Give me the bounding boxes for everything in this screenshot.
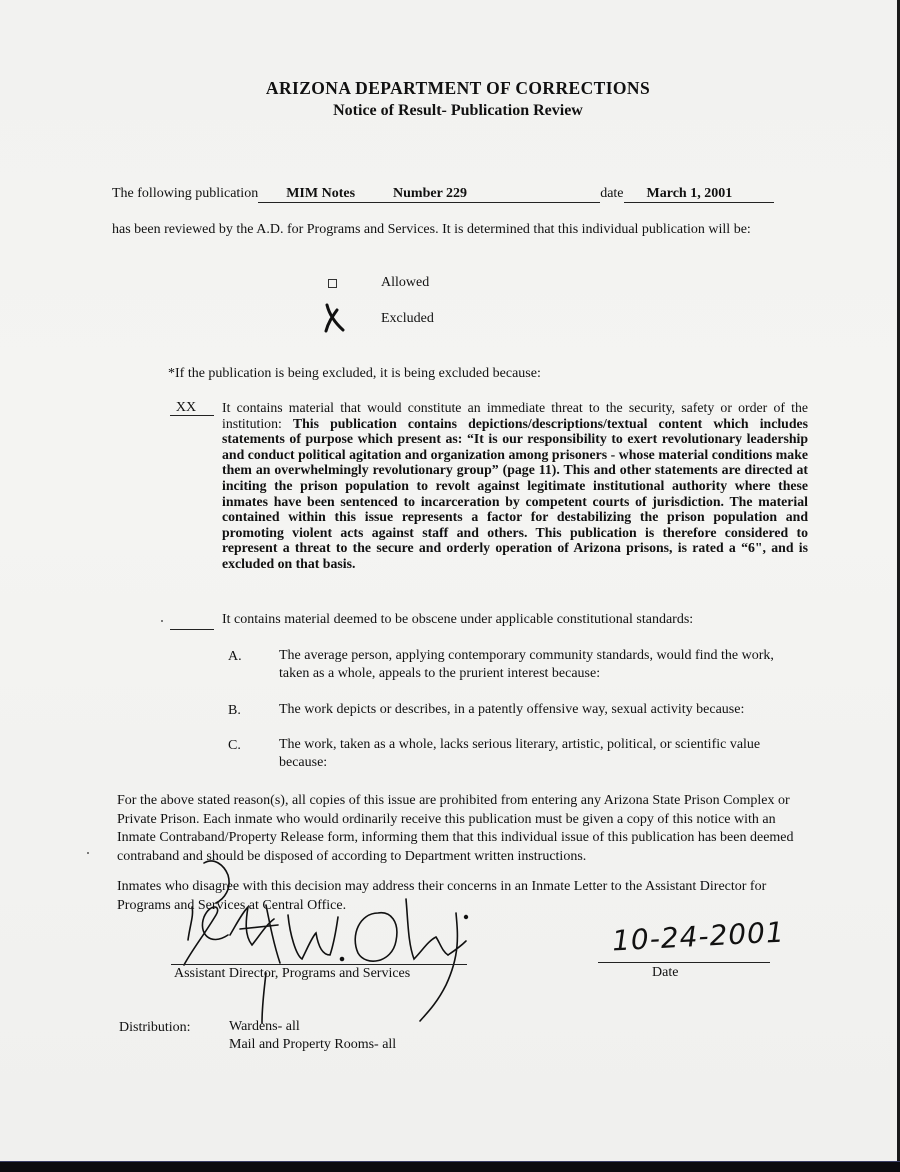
publication-label: The following publication	[112, 186, 258, 201]
sub-item-b-letter: B.	[228, 703, 241, 719]
date-line	[598, 962, 770, 963]
reason-1-detail: This publication contains depictions/des…	[222, 416, 808, 571]
date-label: date	[600, 186, 623, 201]
sub-item-c-text: The work, taken as a whole, lacks seriou…	[279, 736, 807, 772]
reason-1-text: It contains material that would constitu…	[222, 400, 808, 572]
distribution-recipient: Mail and Property Rooms- all	[229, 1037, 396, 1053]
reason-2-text: It contains material deemed to be obscen…	[222, 612, 693, 628]
handwritten-date: 10-24-2001	[611, 916, 785, 958]
signature-line	[171, 964, 467, 965]
publication-number: Number 229	[393, 186, 467, 201]
publication-name: MIM Notes	[286, 186, 355, 201]
publication-line: The following publicationMIM NotesNumber…	[112, 186, 774, 203]
sub-item-b-text: The work depicts or describes, in a pate…	[279, 701, 807, 719]
publication-field: MIM NotesNumber 229	[258, 186, 600, 203]
reason-1-mark: XX	[170, 400, 214, 416]
agency-title: ARIZONA DEPARTMENT OF CORRECTIONS	[0, 78, 900, 99]
sub-item-a-letter: A.	[228, 649, 242, 665]
scan-bottom-strip	[0, 1161, 900, 1172]
allowed-label: Allowed	[381, 275, 429, 291]
exclusion-intro: *If the publication is being excluded, i…	[168, 366, 541, 382]
allowed-checkbox	[328, 279, 337, 288]
publication-date: March 1, 2001	[647, 186, 733, 201]
form-title: Notice of Result- Publication Review	[0, 102, 900, 120]
review-statement: has been reviewed by the A.D. for Progra…	[112, 222, 751, 238]
signature-icon	[170, 855, 500, 1025]
document-page: ARIZONA DEPARTMENT OF CORRECTIONS Notice…	[0, 0, 896, 1162]
sub-item-c-letter: C.	[228, 738, 241, 754]
scan-speck	[87, 852, 89, 854]
excluded-x-mark-icon	[319, 303, 347, 333]
scan-speck	[161, 620, 163, 622]
excluded-label: Excluded	[381, 311, 434, 327]
date-label: Date	[652, 965, 678, 981]
reason-2-mark	[170, 614, 214, 630]
sub-item-a-text: The average person, applying contemporar…	[279, 647, 807, 683]
publication-date-field: March 1, 2001	[624, 186, 774, 203]
signature-title: Assistant Director, Programs and Service…	[174, 966, 410, 982]
distribution-recipient: Wardens- all	[229, 1019, 300, 1035]
distribution-label: Distribution:	[119, 1020, 191, 1036]
